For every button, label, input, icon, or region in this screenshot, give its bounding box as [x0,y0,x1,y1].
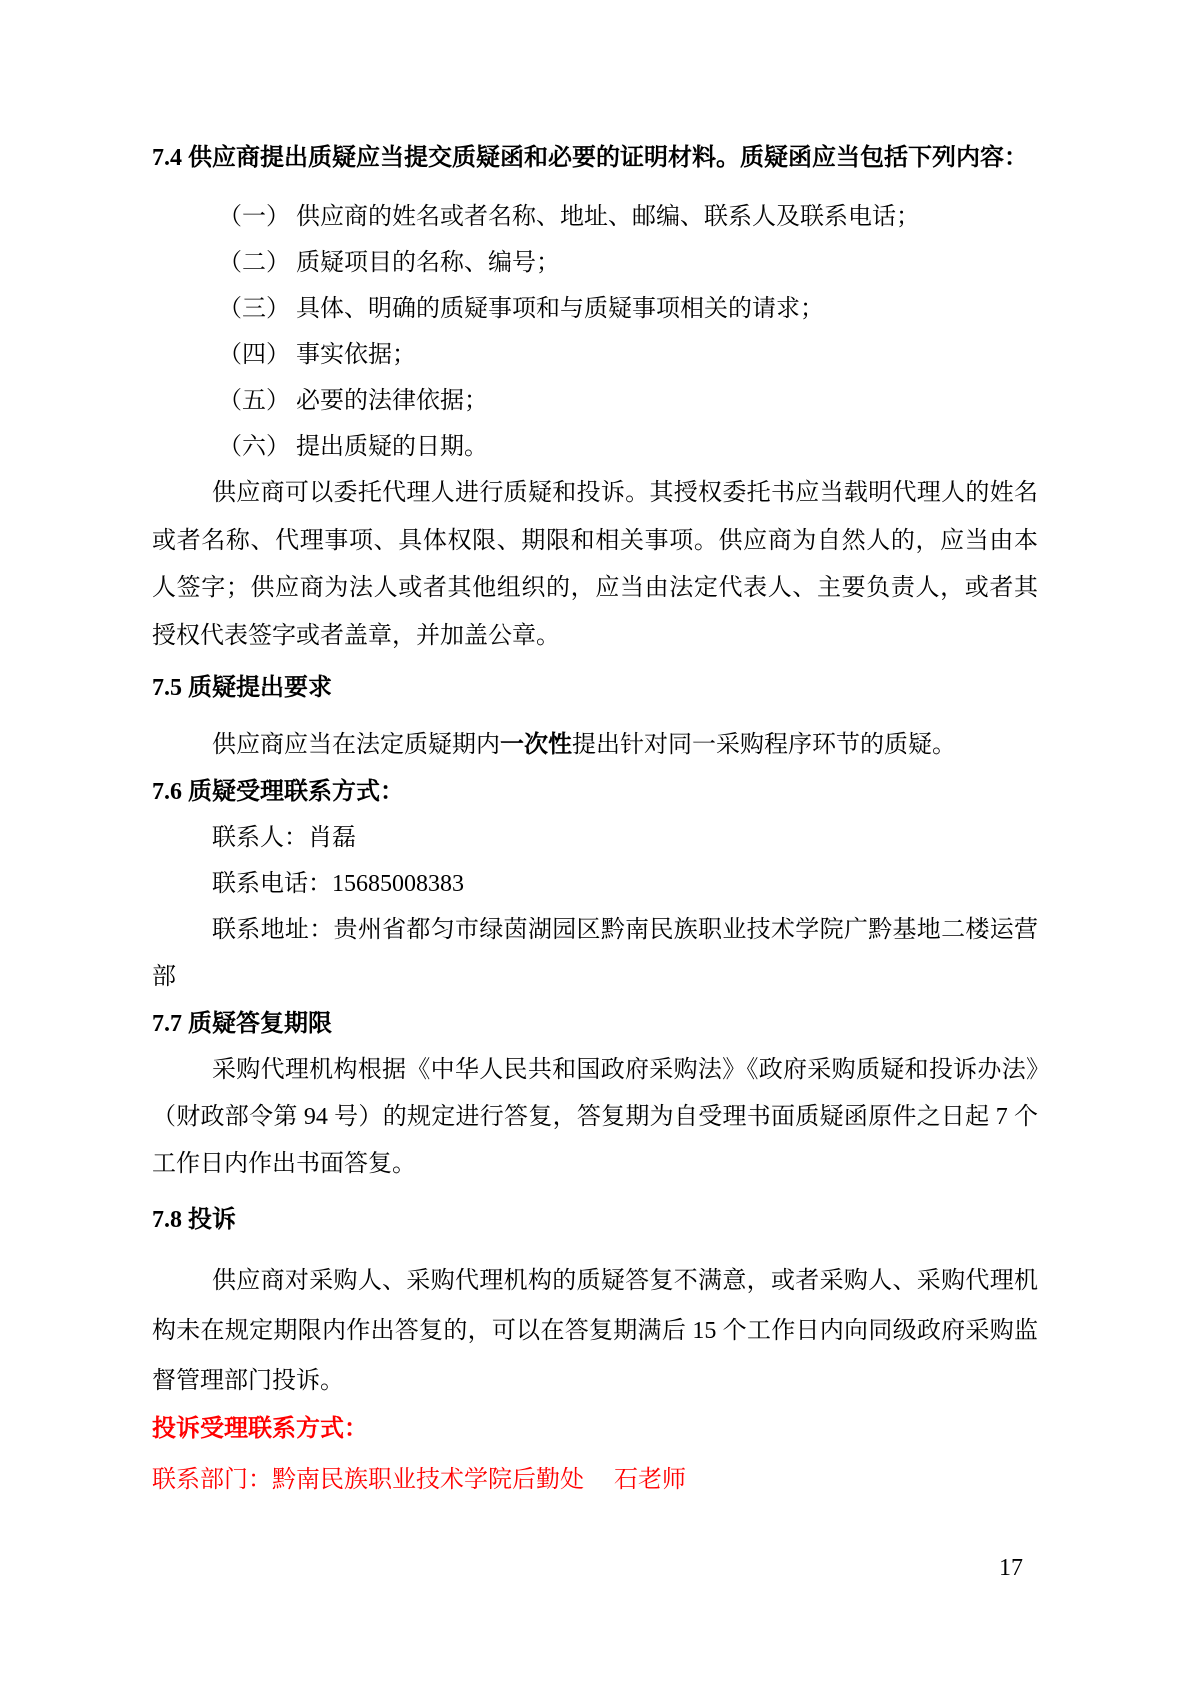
heading-7-6: 7.6 质疑受理联系方式： [152,769,1038,815]
clause-item-5: （五） 必要的法律依据； [218,378,1038,424]
heading-7-8: 7.8 投诉 [152,1197,1038,1243]
clause-item-3: （三） 具体、明确的质疑事项和与质疑事项相关的请求； [218,286,1038,332]
clause-item-6: （六） 提出质疑的日期。 [218,424,1038,470]
heading-7-4: 7.4 供应商提出质疑应当提交质疑函和必要的证明材料。质疑函应当包括下列内容： [152,135,1038,181]
complaint-department-line: 联系部门：黔南民族职业技术学院后勤处 石老师 [152,1457,1038,1503]
complaint-contact-heading: 投诉受理联系方式： [152,1406,1038,1452]
paragraph-complaint-rule: 供应商对采购人、采购代理机构的质疑答复不满意，或者采购人、采购代理机构未在规定期… [152,1256,1038,1406]
page-number: 17 [999,1553,1023,1583]
paragraph-one-time-rule: 供应商应当在法定质疑期内一次性提出针对同一采购程序环节的质疑。 [152,722,1038,768]
contact-person-line: 联系人：肖磊 [152,815,1038,861]
clause-item-4: （四） 事实依据； [218,332,1038,378]
paragraph-reply-deadline: 采购代理机构根据《中华人民共和国政府采购法》《政府采购质疑和投诉办法》（财政部令… [152,1047,1038,1188]
contact-address-line: 联系地址：贵州省都匀市绿茵湖园区黔南民族职业技术学院广黔基地二楼运营部 [152,907,1038,1001]
heading-7-7: 7.7 质疑答复期限 [152,1001,1038,1047]
one-time-rule-text-before: 供应商应当在法定质疑期内 [212,732,500,758]
paragraph-delegation: 供应商可以委托代理人进行质疑和投诉。其授权委托书应当载明代理人的姓名或者名称、代… [152,470,1038,660]
one-time-rule-text-after: 提出针对同一采购程序环节的质疑。 [572,732,956,758]
contact-phone-line: 联系电话：15685008383 [152,861,1038,907]
clause-item-2: （二） 质疑项目的名称、编号； [218,240,1038,286]
clause-list: （一） 供应商的姓名或者名称、地址、邮编、联系人及联系电话； （二） 质疑项目的… [152,194,1038,470]
clause-item-1: （一） 供应商的姓名或者名称、地址、邮编、联系人及联系电话； [218,194,1038,240]
document-page: 7.4 供应商提出质疑应当提交质疑函和必要的证明材料。质疑函应当包括下列内容： … [0,0,1190,1682]
heading-7-5: 7.5 质疑提出要求 [152,665,1038,711]
one-time-emphasis: 一次性 [500,732,572,758]
